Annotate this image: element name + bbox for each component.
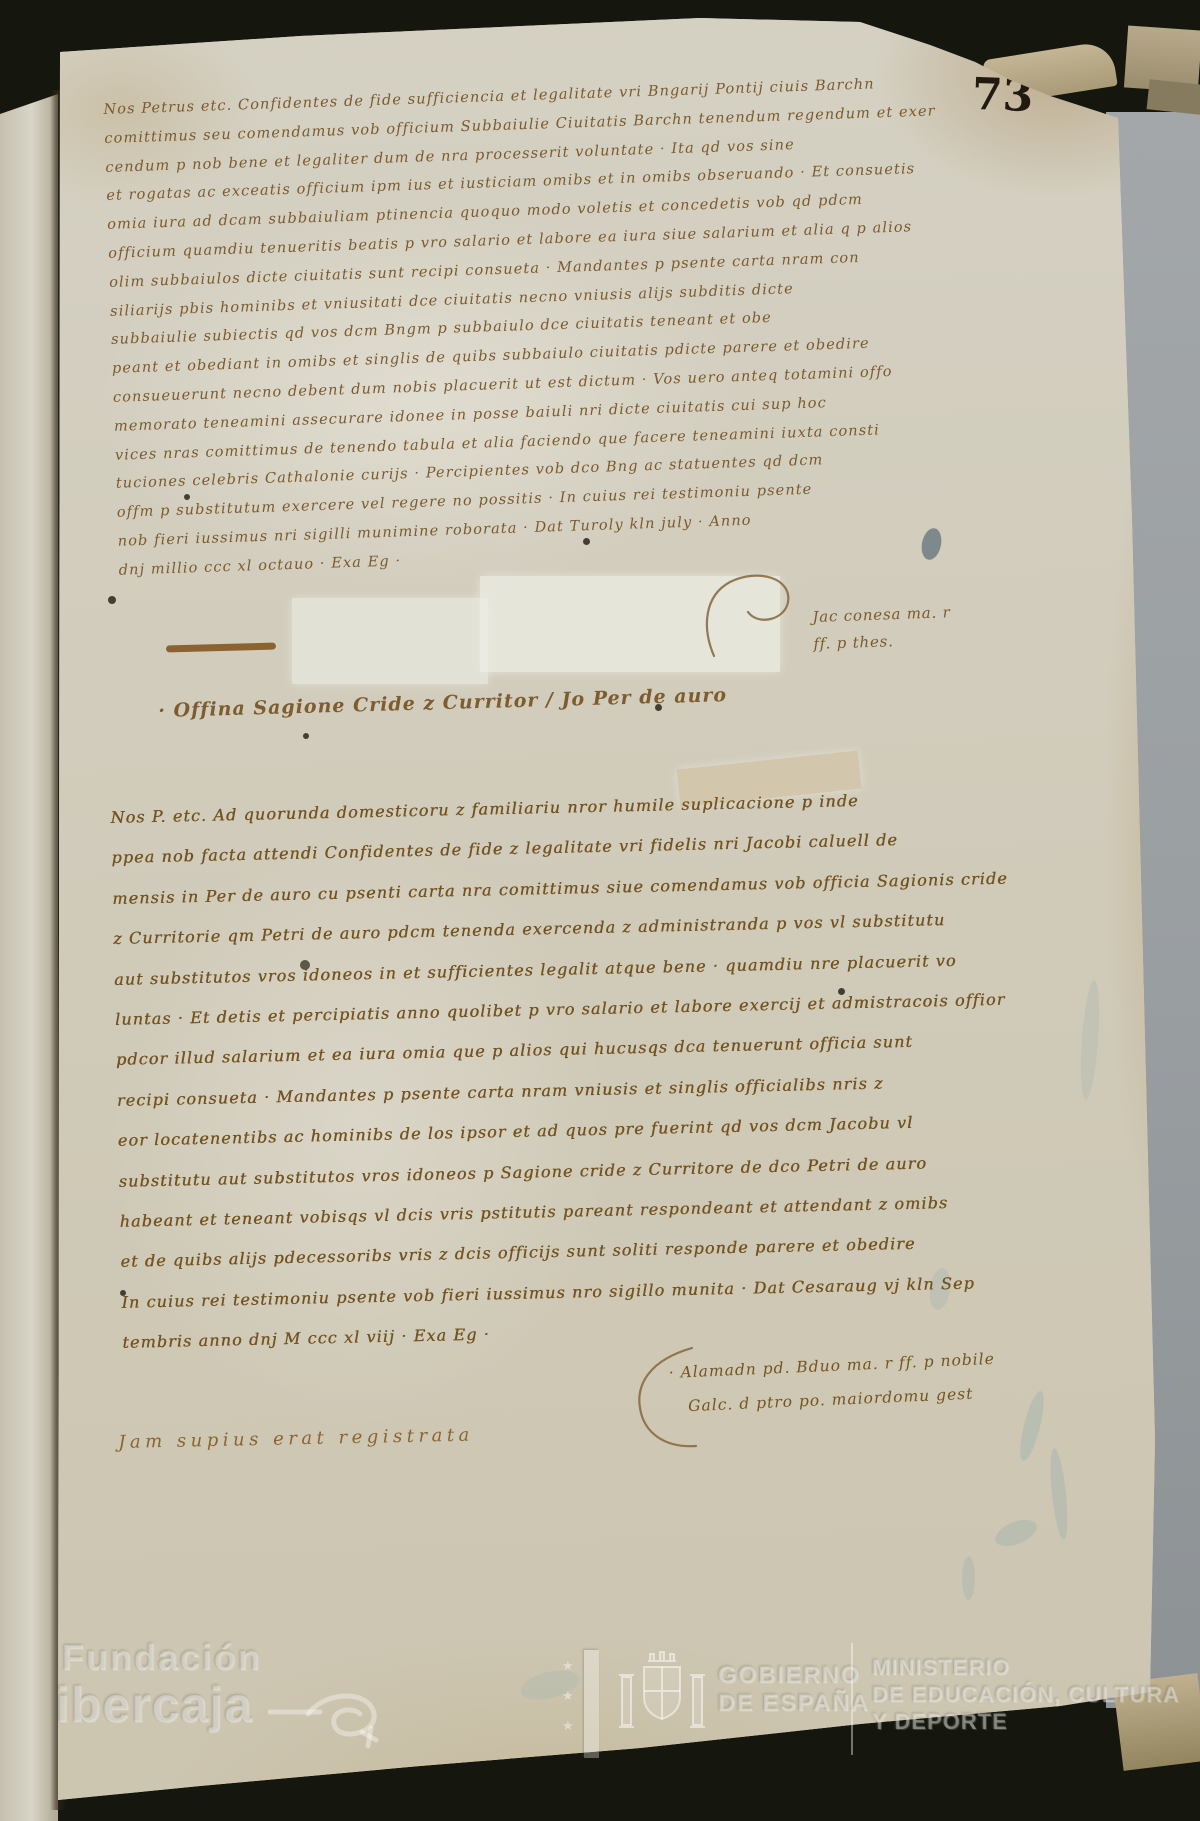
star-icon: ★ bbox=[562, 1688, 574, 1704]
star-icon: ★ bbox=[562, 1658, 574, 1674]
water-stain bbox=[1078, 980, 1102, 1101]
ministerio-line: MINISTERIO bbox=[872, 1654, 1180, 1681]
repair-patch bbox=[292, 598, 488, 684]
water-stain bbox=[1047, 1448, 1071, 1541]
y-deporte-line: Y DEPORTE bbox=[872, 1708, 1180, 1735]
educacion-cultura-line: DE EDUCACIÓN, CULTURA bbox=[872, 1681, 1180, 1708]
water-stain bbox=[1016, 1389, 1049, 1463]
manuscript-photo: 73 Nos Petrus etc. Confidentes de fide s… bbox=[0, 0, 1200, 1821]
royal-letter-2-text: Nos P. etc. Ad quorunda domesticoru z fa… bbox=[110, 778, 1018, 1364]
ibercaja-swirl-icon bbox=[268, 1682, 388, 1754]
pillar-logo-icon: ★ ★ ★ bbox=[560, 1650, 606, 1762]
fundacion-wordmark: Fundación bbox=[62, 1640, 262, 1676]
notarial-paraph bbox=[700, 568, 820, 663]
manuscript-line: Jac conesa ma. r bbox=[812, 599, 951, 631]
rubric-heading: · Offina Sagione Cride z Curritor / Jo P… bbox=[158, 684, 727, 722]
ink-speck bbox=[108, 596, 116, 604]
registration-note: Jam supius erat registrata bbox=[118, 1425, 474, 1453]
water-stain bbox=[962, 1556, 975, 1600]
ibercaja-watermark: Fundación ibercaja bbox=[62, 1640, 262, 1730]
gobierno-de-espana-watermark: GOBIERNO DE ESPAÑA bbox=[718, 1662, 870, 1718]
chancery-signature-2: · Alamadn pd. Bduo ma. r ff. p nobile Ga… bbox=[668, 1342, 997, 1424]
de-espana-line: DE ESPAÑA bbox=[718, 1690, 870, 1718]
ink-speck bbox=[303, 733, 309, 739]
gobierno-line: GOBIERNO bbox=[718, 1662, 870, 1690]
water-stain bbox=[991, 1515, 1040, 1552]
chancery-signature-1: Jac conesa ma. r ff. p thes. bbox=[812, 599, 952, 658]
ibercaja-wordmark: ibercaja bbox=[56, 1680, 262, 1730]
manuscript-line: ff. p thes. bbox=[813, 626, 952, 658]
star-icon: ★ bbox=[562, 1718, 574, 1734]
royal-letter-1-text: Nos Petrus etc. Confidentes de fide suff… bbox=[103, 68, 950, 585]
ink-stroke bbox=[166, 643, 276, 653]
manuscript-page: 73 Nos Petrus etc. Confidentes de fide s… bbox=[0, 0, 1200, 1821]
pillar-bar bbox=[584, 1650, 599, 1758]
spain-coat-of-arms-icon bbox=[614, 1645, 710, 1749]
watermark-divider bbox=[851, 1643, 853, 1755]
page-stack-corner bbox=[1147, 79, 1200, 114]
ministerio-watermark: MINISTERIO DE EDUCACIÓN, CULTURA Y DEPOR… bbox=[872, 1654, 1180, 1735]
